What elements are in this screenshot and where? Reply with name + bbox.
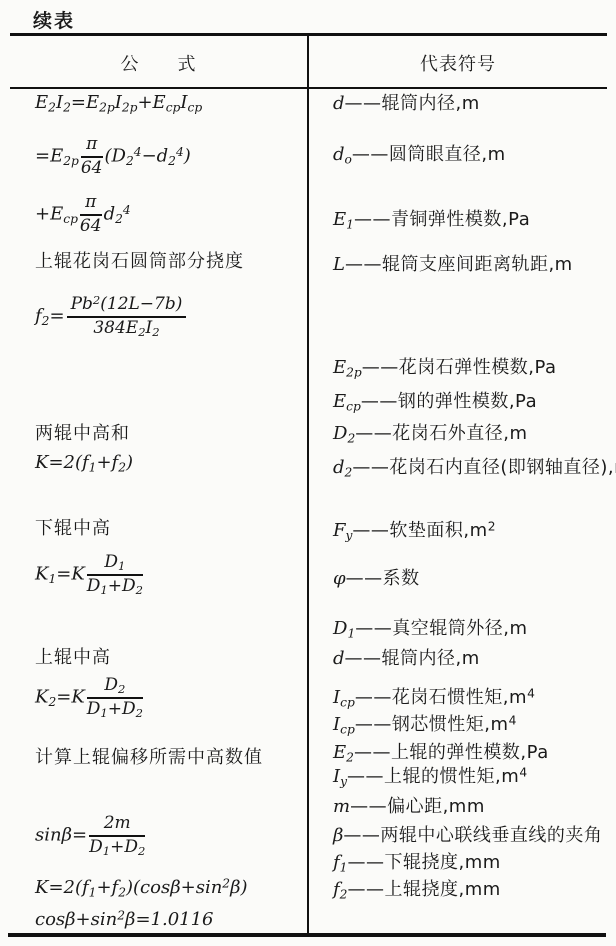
symbol-row: d2——花岗石内直径(即钢轴直径),m <box>333 457 616 480</box>
symbol-row: Fy——软垫面积,m2 <box>333 520 496 543</box>
symbol: φ <box>333 568 346 589</box>
symbol-row: f1——下辊挠度,mm <box>333 852 501 875</box>
column-header-symbols: 代表符号 <box>309 50 607 76</box>
formula-label-row: 上辊中高 <box>35 647 111 670</box>
symbol-definition: ——钢芯惯性矩,m4 <box>355 714 517 735</box>
formula-row: K2=KD2D1+D2 <box>35 676 145 719</box>
formula-row: f2=Pb2(12L−7b)384E2I2 <box>35 295 188 338</box>
symbol-definition: ——系数 <box>346 568 420 589</box>
symbol-row: Iy——上辊的惯性矩,m4 <box>333 766 528 789</box>
symbol-definition: ——两辊中心联线垂直线的夹角 <box>343 825 602 846</box>
symbol-definition: ——辊筒支座间距离轨距,m <box>345 254 573 275</box>
symbol-definition: ——偏心距,mm <box>350 796 485 817</box>
symbol-row: D2——花岗石外直径,m <box>333 423 528 446</box>
formula-label-row: 上辊花岗石圆筒部分挠度 <box>35 251 244 274</box>
symbol: Ecp <box>333 391 361 412</box>
symbol-definition: ——花岗石内直径(即钢轴直径),m <box>352 457 616 478</box>
symbol-row: β——两辊中心联线垂直线的夹角 <box>333 825 602 848</box>
symbol-definition: ——辊筒内径,m <box>345 648 480 669</box>
formula-row: cosβ+sin2β=1.0116 <box>35 909 214 932</box>
symbol-row: d——辊筒内径,m <box>333 648 480 671</box>
formula-row: E2I2=E2pI2p+EcpIcp <box>35 92 202 115</box>
symbol: d2 <box>333 457 352 478</box>
symbol-definition: ——软垫面积,m2 <box>352 520 496 541</box>
formula-row: =E2pπ64(D24−d24) <box>35 135 191 178</box>
symbol-row: Ecp——钢的弹性模数,Pa <box>333 391 537 414</box>
symbol: Iy <box>333 766 347 787</box>
symbol-row: E2——上辊的弹性模数,Pa <box>333 742 549 765</box>
symbol-definition: ——上辊挠度,mm <box>347 879 500 900</box>
symbol: f1 <box>333 852 347 873</box>
symbol-definition: ——真空辊筒外径,m <box>355 618 527 639</box>
symbol-row: d——辊筒内径,m <box>333 93 480 116</box>
symbol: do <box>333 144 352 165</box>
symbol-row: L——辊筒支座间距离轨距,m <box>333 254 573 277</box>
symbol-definition: ——青铜弹性模数,Pa <box>354 209 530 230</box>
continued-table-label: 续表 <box>33 6 75 33</box>
column-header-formula: 公 式 <box>10 50 307 76</box>
symbol-row: m——偏心距,mm <box>333 796 485 819</box>
symbol-row: f2——上辊挠度,mm <box>333 879 501 902</box>
formula-row: K=2(f1+f2)(cosβ+sin2β) <box>35 877 248 900</box>
symbol: D1 <box>333 618 355 639</box>
symbol: Icp <box>333 687 355 708</box>
symbol-row: E1——青铜弹性模数,Pa <box>333 209 530 232</box>
symbol: f2 <box>333 879 347 900</box>
symbol: m <box>333 796 350 817</box>
symbol-definition: ——花岗石外直径,m <box>355 423 527 444</box>
symbol: L <box>333 254 345 275</box>
symbol: E2p <box>333 357 362 378</box>
formula-row: +Ecpπ64d24 <box>35 193 131 236</box>
symbol: Icp <box>333 714 355 735</box>
symbol-definition: ——上辊的惯性矩,m4 <box>347 766 528 787</box>
symbol: E2 <box>333 742 354 763</box>
symbol-definition: ——钢的弹性模数,Pa <box>361 391 537 412</box>
symbol-definition: ——圆筒眼直径,m <box>352 144 506 165</box>
symbol-row: do——圆筒眼直径,m <box>333 144 506 167</box>
symbol-definition: ——下辊挠度,mm <box>347 852 500 873</box>
symbol-row: φ——系数 <box>333 568 420 591</box>
symbol-definition: ——上辊的弹性模数,Pa <box>354 742 549 763</box>
formula-label-row: 计算上辊偏移所需中高数值 <box>35 747 263 770</box>
formula-row: K=2(f1+f2) <box>35 452 133 475</box>
formula-label-row: 下辊中高 <box>35 518 111 541</box>
formula-row: K1=KD1D1+D2 <box>35 553 145 596</box>
symbol: d <box>333 93 345 114</box>
symbol: d <box>333 648 345 669</box>
formula-label-row: 两辊中高和 <box>35 423 130 446</box>
symbol-row: D1——真空辊筒外径,m <box>333 618 528 641</box>
formula-row: sinβ=2mD1+D2 <box>35 814 147 857</box>
symbol-row: Icp——钢芯惯性矩,m4 <box>333 714 517 737</box>
symbol-row: E2p——花岗石弹性模数,Pa <box>333 357 557 380</box>
symbol: Fy <box>333 520 352 541</box>
symbol-definition: ——辊筒内径,m <box>345 93 480 114</box>
column-divider <box>307 33 309 937</box>
symbol-definition: ——花岗石弹性模数,Pa <box>362 357 557 378</box>
symbol-row: Icp——花岗石惯性矩,m4 <box>333 687 535 710</box>
symbol: D2 <box>333 423 355 444</box>
document-page: 续表 公 式 代表符号 E2I2=E2pI2p+EcpIcp =E2pπ64(D… <box>0 0 616 946</box>
symbol: β <box>333 825 343 846</box>
symbol-definition: ——花岗石惯性矩,m4 <box>355 687 536 708</box>
symbol: E1 <box>333 209 354 230</box>
